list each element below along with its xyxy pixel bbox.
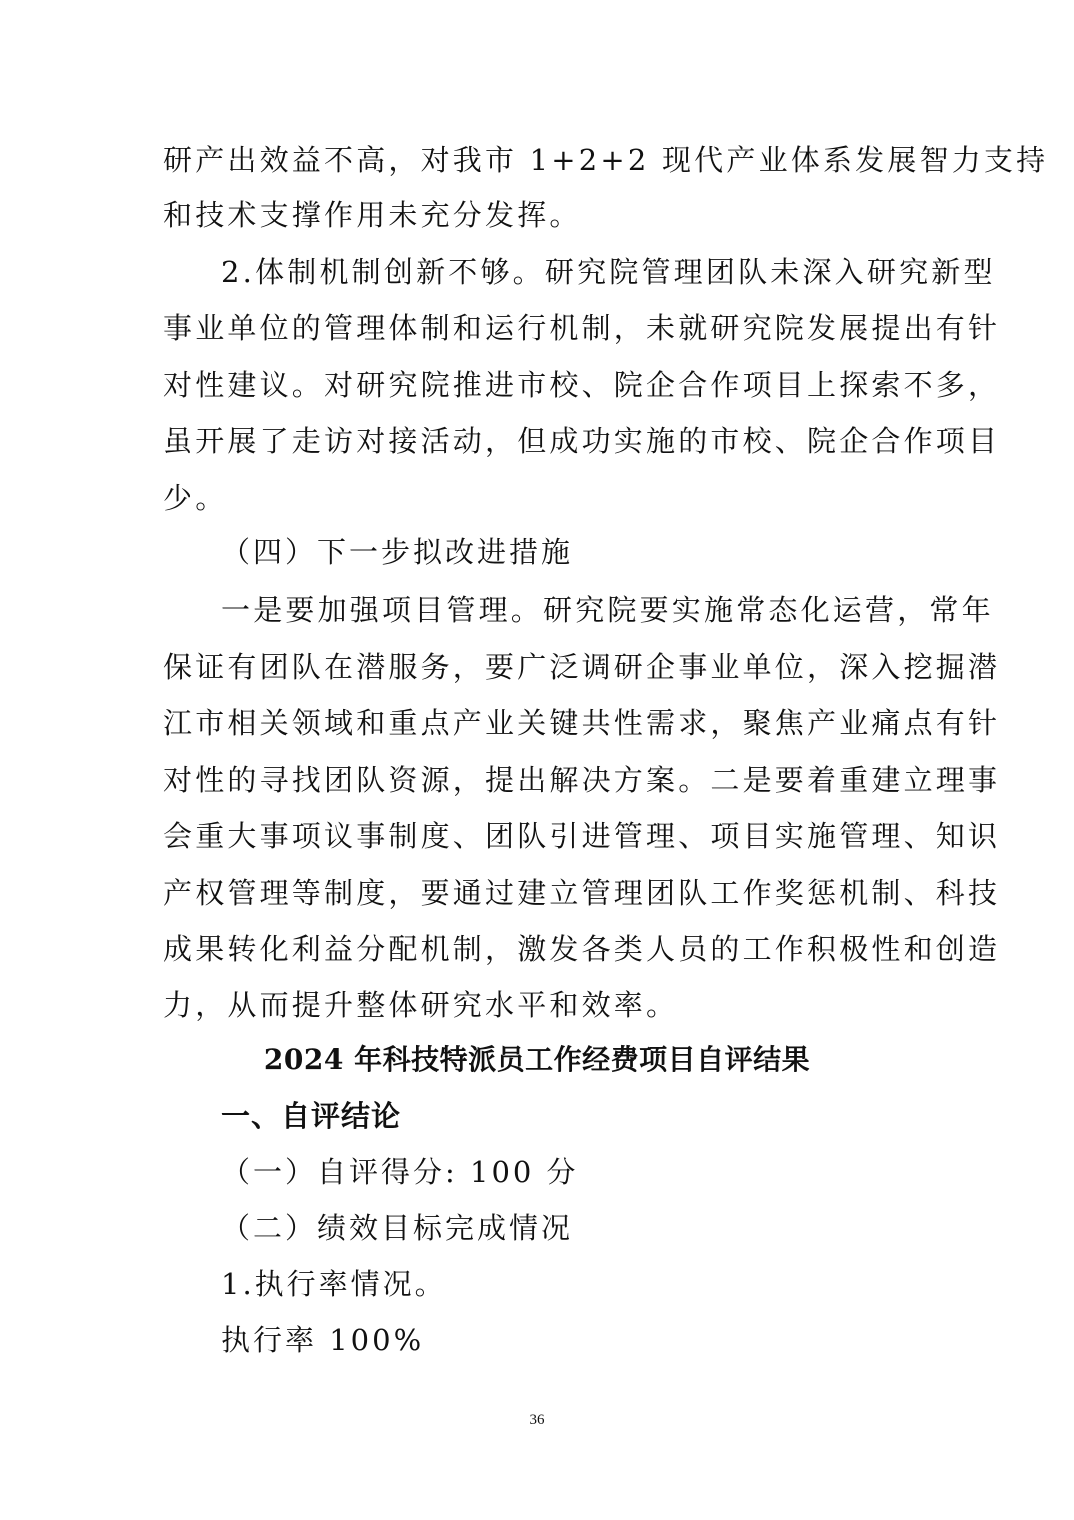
- paragraph-line: 成果转化利益分配机制，激发各类人员的工作积极性和创造: [163, 929, 913, 969]
- report-title: 2024 年科技特派员工作经费项目自评结果: [0, 1040, 1074, 1080]
- paragraph-line: 研产出效益不高，对我市 1+2+2 现代产业体系发展智力支持: [163, 140, 913, 180]
- page-number: 36: [0, 1412, 1074, 1429]
- goals-heading: （二）绩效目标完成情况: [221, 1208, 573, 1248]
- paragraph-line: 2.体制机制创新不够。研究院管理团队未深入研究新型: [221, 252, 913, 292]
- paragraph-line: 江市相关领域和重点产业关键共性需求，聚焦产业痛点有针: [163, 703, 913, 743]
- paragraph-line: 事业单位的管理体制和运行机制，未就研究院发展提出有针: [163, 308, 913, 348]
- paragraph-line: 产权管理等制度，要通过建立管理团队工作奖惩机制、科技: [163, 873, 913, 913]
- paragraph-line: 对性建议。对研究院推进市校、院企合作项目上探索不多，: [163, 365, 913, 405]
- execution-rate-heading: 1.执行率情况。: [221, 1264, 447, 1304]
- paragraph-line: 力，从而提升整体研究水平和效率。: [163, 985, 913, 1025]
- paragraph-line: 虽开展了走访对接活动，但成功实施的市校、院企合作项目: [163, 421, 913, 461]
- score-line: （一）自评得分: 100 分: [221, 1152, 579, 1192]
- execution-rate-value: 执行率 100%: [221, 1320, 424, 1360]
- paragraph-line: 和技术支撑作用未充分发挥。: [163, 195, 913, 235]
- paragraph-line: 会重大事项议事制度、团队引进管理、项目实施管理、知识: [163, 816, 913, 856]
- paragraph-line: 少。: [163, 478, 913, 518]
- paragraph-line: 一是要加强项目管理。研究院要实施常态化运营，常年: [221, 590, 913, 630]
- section-heading-conclusion: 一、自评结论: [221, 1096, 401, 1136]
- paragraph-line: 对性的寻找团队资源，提出解决方案。二是要着重建立理事: [163, 760, 913, 800]
- section-heading-next-steps: （四）下一步拟改进措施: [221, 532, 573, 572]
- paragraph-line: 保证有团队在潜服务，要广泛调研企事业单位，深入挖掘潜: [163, 647, 913, 687]
